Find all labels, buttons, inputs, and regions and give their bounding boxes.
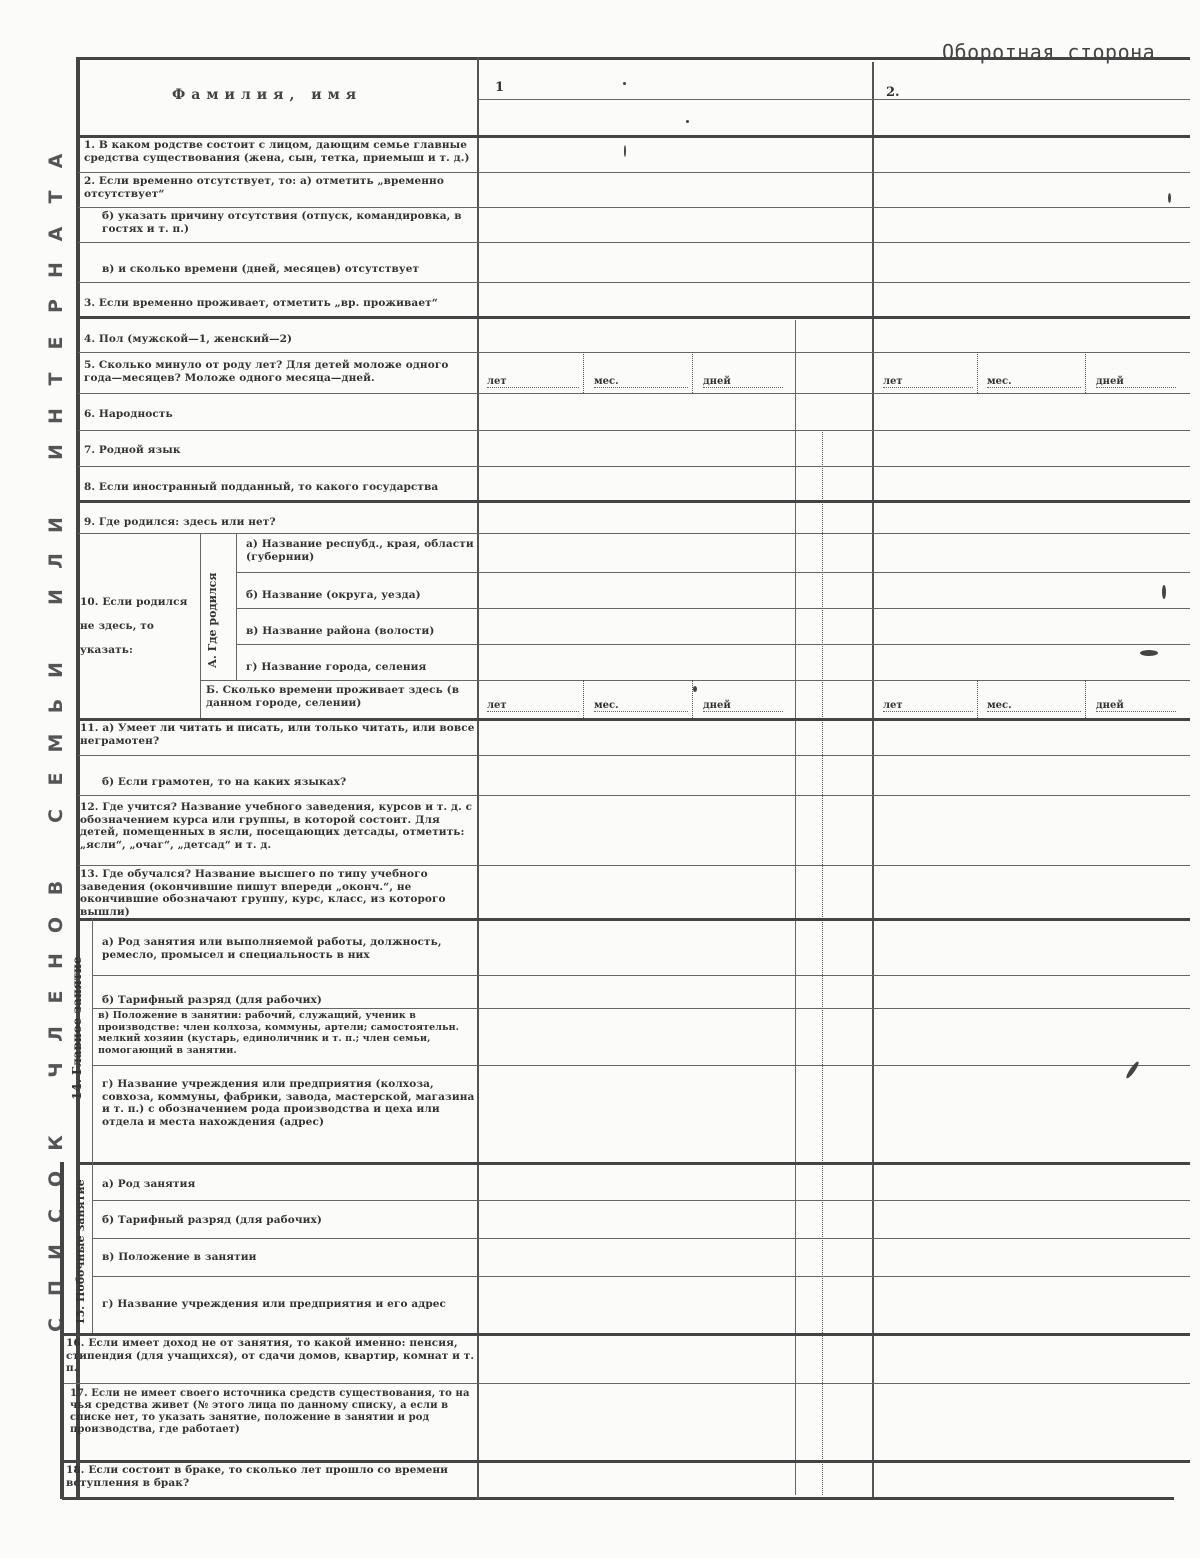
question-18: 18. Если состоит в браке, то сколько лет… [66,1464,476,1489]
column-number-1: 1 [495,80,504,95]
q10B-col1-months-field[interactable]: мес. [594,700,688,712]
question-10-Av: в) Название района (волости) [246,625,476,638]
q10B-col2-months-field[interactable]: мес. [987,700,1081,712]
question-15-label: 15. Побочные занятие [74,1179,87,1325]
vertical-title-letter: Т [45,179,67,215]
vertical-title-letter: Е [45,761,67,797]
question-15b: б) Тарифный разряд (для рабочих) [102,1214,476,1227]
question-13: 13. Где обучался? Название высшего по ти… [80,868,476,918]
question-11a: 11. а) Умеет ли читать и писать, или тол… [80,722,476,747]
vertical-title-letter: Р [45,288,67,324]
vertical-title-letter: Т [45,361,67,397]
question-9: 9. Где родился: здесь или нет? [84,516,476,529]
vertical-title-letter: И [45,579,67,615]
vertical-title-letter: Е [45,325,67,361]
question-6: 6. Народность [84,408,476,421]
q10B-col2-years-field[interactable]: лет [883,700,973,712]
question-16: 16. Если имеет доход не от занятия, то к… [66,1337,476,1375]
q5-col1-days-field[interactable]: дней [703,376,783,388]
question-17: 17. Если не имеет своего источника средс… [70,1388,476,1436]
vertical-title-letter: О [45,907,67,943]
question-10-Ab: б) Название (округа, уезда) [246,589,476,602]
question-14v: в) Положение в занятии: рабочий, служащи… [98,1010,476,1056]
question-14a: а) Род занятия или выполняемой работы, д… [102,936,476,961]
q10B-col1-years-field[interactable]: лет [487,700,579,712]
vertical-title-letter: С [45,798,67,834]
vertical-title-letter: К [45,1125,67,1161]
header-surname-name-label: Фамилия, имя [172,87,362,103]
vertical-title-letter: И [45,507,67,543]
vertical-title-letter: И [45,434,67,470]
question-10-A-label: А. Где родился [206,573,219,668]
question-2c: в) и сколько времени (дней, месяцев) отс… [102,263,476,276]
question-12: 12. Где учится? Название учебного заведе… [80,801,476,851]
vertical-title-letter: Е [45,979,67,1015]
question-10-B: Б. Сколько времени проживает здесь (в да… [206,684,476,709]
question-15v: в) Положение в занятии [102,1251,476,1264]
question-15a: а) Род занятия [102,1178,476,1191]
question-10: 10. Если родился не здесь, то указать: [80,590,190,662]
vertical-title-letter: М [45,725,67,761]
question-2a: 2. Если временно отсутствует, то: а) отм… [84,175,476,200]
vertical-title-letter: Н [45,943,67,979]
question-2b: б) указать причину отсутствия (отпуск, к… [102,210,476,235]
vertical-title-letter: Н [45,252,67,288]
question-4: 4. Пол (мужской—1, женский—2) [84,333,476,346]
vertical-title-letter: Л [45,1016,67,1052]
vertical-title-letter: А [45,216,67,252]
q5-col2-years-field[interactable]: лет [883,376,973,388]
question-5: 5. Сколько минуло от роду лет? Для детей… [84,359,476,384]
q5-col1-years-field[interactable]: лет [487,376,579,388]
vertical-title-letter: Ь [45,688,67,724]
page-side-caption: Оборотная сторона [942,40,1155,64]
question-10-Ag: г) Название города, селения [246,661,476,674]
vertical-title-letter: В [45,870,67,906]
question-8: 8. Если иностранный подданный, то какого… [84,481,476,494]
question-14g: г) Название учреждения или предприятия (… [102,1078,476,1128]
vertical-title-letter: А [45,143,67,179]
vertical-title-letter: Н [45,398,67,434]
q5-col1-months-field[interactable]: мес. [594,376,688,388]
question-14b: б) Тарифный разряд (для рабочих) [102,994,476,1007]
vertical-form-title: СПИСОК ЧЛЕНОВ СЕМЬИ ИЛИ ИНТЕРНАТА [38,150,74,1350]
q10B-col2-days-field[interactable]: дней [1096,700,1176,712]
q5-col2-days-field[interactable]: дней [1096,376,1176,388]
column-number-2: 2. [886,85,900,100]
vertical-title-letter: Л [45,543,67,579]
question-15g: г) Название учреждения или предприятия и… [102,1298,476,1311]
question-11b: б) Если грамотен, то на каких языках? [102,776,476,789]
question-1: 1. В каком родстве состоит с лицом, дающ… [84,139,476,164]
question-10-Aa: а) Название респубд., края, области (губ… [246,538,476,563]
question-3: 3. Если временно проживает, отметить „вр… [84,297,476,310]
question-7: 7. Родной язык [84,444,476,457]
vertical-title-letter: И [45,652,67,688]
q5-col2-months-field[interactable]: мес. [987,376,1081,388]
q10B-col1-days-field[interactable]: дней [703,700,783,712]
vertical-title-letter: Ч [45,1052,67,1088]
question-14-label: 14. Главное занятие [70,956,84,1100]
